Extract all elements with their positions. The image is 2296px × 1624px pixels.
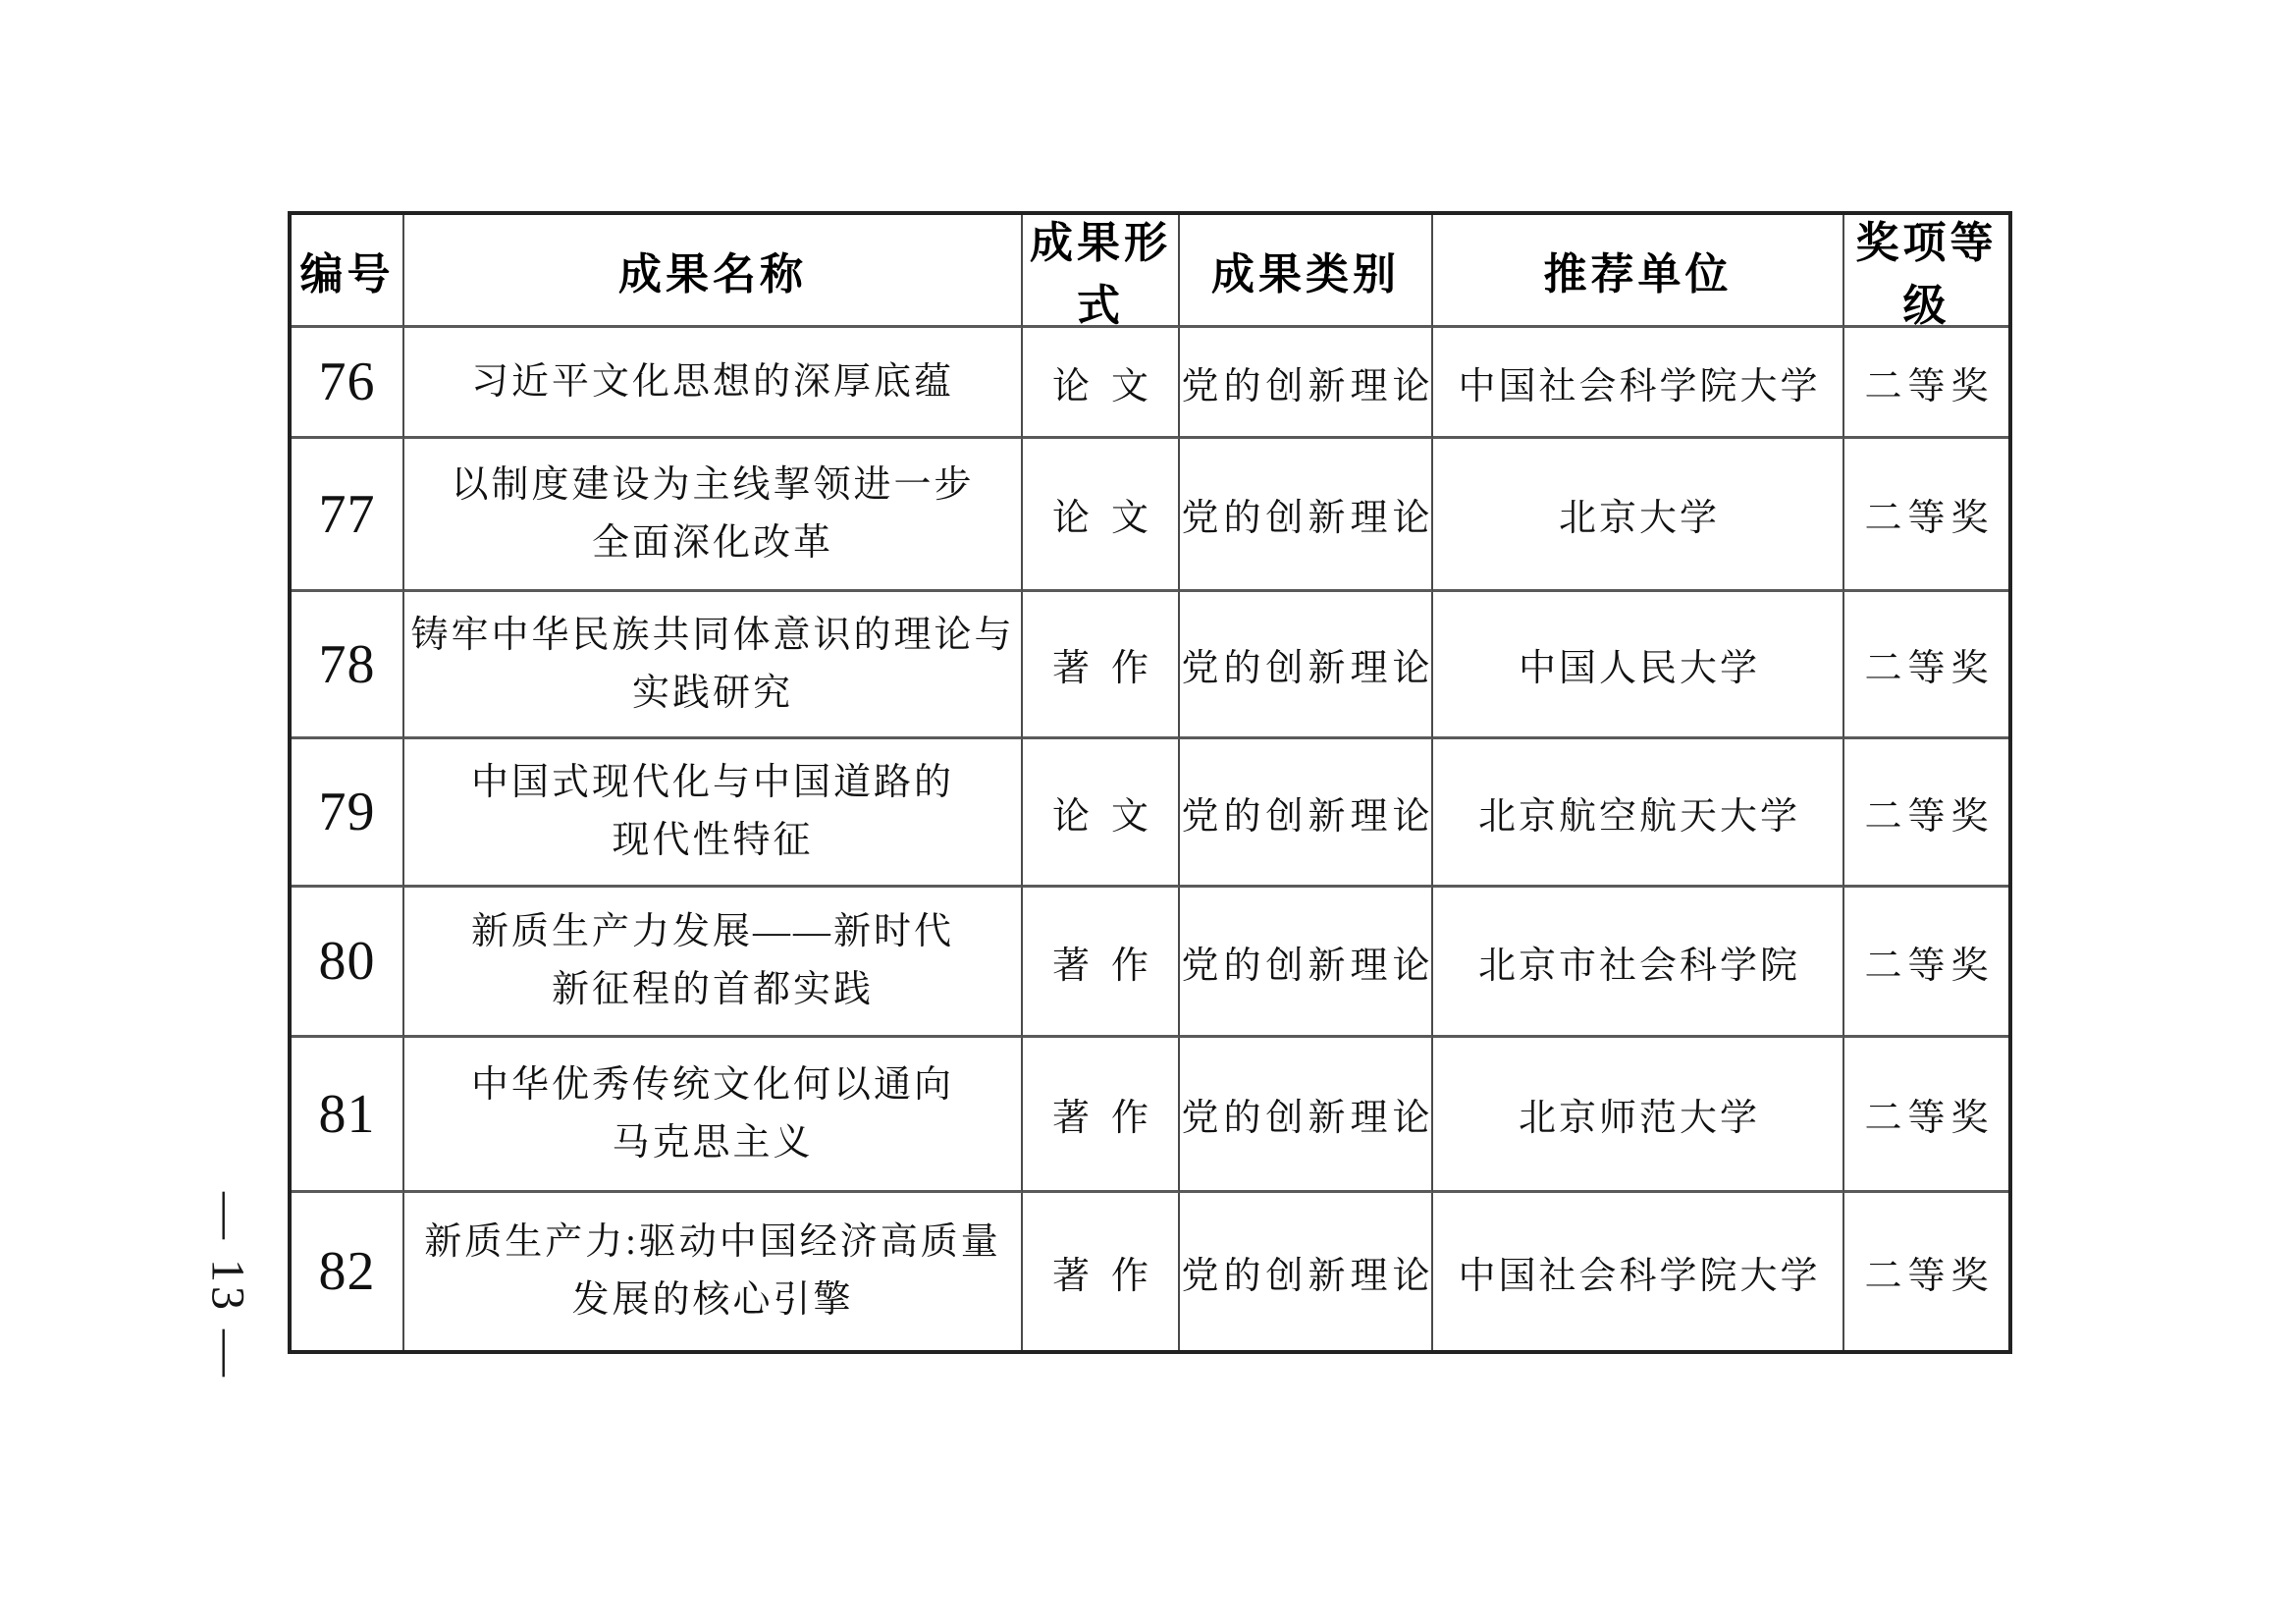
row-82-id: 82 [292,1193,404,1350]
col-header-id: 编号 [292,215,404,328]
form-text: 论文 [1052,355,1170,409]
page-number: — 13 — [201,1192,255,1380]
name-line: 以制度建设为主线挈领进一步 [451,457,974,514]
name-line: 马克思主义 [612,1114,813,1172]
row-82-name: 新质生产力:驱动中国经济高质量 发展的核心引擎 [404,1193,1023,1350]
category-text: 党的创新理论 [1181,935,1433,989]
awards-table: 编号 成果名称 成果形式 成果类别 推荐单位 奖项等级 76 习近平文化思想的深… [288,211,2012,1354]
row-82-unit: 中国社会科学院大学 [1433,1193,1844,1350]
row-79-award: 二等奖 [1844,739,2008,888]
row-78-form: 著作 [1023,592,1180,739]
category-text: 党的创新理论 [1181,785,1433,839]
row-81-name: 中华优秀传统文化何以通向 马克思主义 [404,1038,1023,1193]
row-79-form: 论文 [1023,739,1180,888]
row-76-unit: 中国社会科学院大学 [1433,328,1844,439]
row-82-award: 二等奖 [1844,1193,2008,1350]
row-81-form: 著作 [1023,1038,1180,1193]
unit-text: 北京大学 [1559,487,1720,541]
row-81-award: 二等奖 [1844,1038,2008,1193]
row-80-form: 著作 [1023,888,1180,1038]
unit-text: 北京师范大学 [1519,1087,1760,1141]
col-header-unit: 推荐单位 [1433,215,1844,328]
col-header-award: 奖项等级 [1844,215,2008,328]
unit-text: 北京市社会科学院 [1478,935,1800,989]
name-line: 新质生产力:驱动中国经济高质量 [424,1214,1001,1272]
award-text: 二等奖 [1864,785,1994,839]
row-78-category: 党的创新理论 [1180,592,1433,739]
name-line: 现代性特征 [612,812,813,870]
row-80-award: 二等奖 [1844,888,2008,1038]
row-76-category: 党的创新理论 [1180,328,1433,439]
row-76-form: 论文 [1023,328,1180,439]
row-77-category: 党的创新理论 [1180,439,1433,592]
unit-text: 北京航空航天大学 [1478,785,1800,839]
form-text: 著作 [1052,935,1170,989]
row-77-id: 77 [292,439,404,592]
form-text: 论文 [1052,487,1170,541]
category-text: 党的创新理论 [1181,1245,1433,1299]
row-80-category: 党的创新理论 [1180,888,1433,1038]
name-line: 中国式现代化与中国道路的 [471,754,954,812]
row-77-unit: 北京大学 [1433,439,1844,592]
name-line: 新征程的首都实践 [552,961,874,1019]
row-81-unit: 北京师范大学 [1433,1038,1844,1193]
category-text: 党的创新理论 [1181,637,1433,691]
award-text: 二等奖 [1864,1087,1994,1141]
row-76-award: 二等奖 [1844,328,2008,439]
row-80-unit: 北京市社会科学院 [1433,888,1844,1038]
row-79-name: 中国式现代化与中国道路的 现代性特征 [404,739,1023,888]
unit-text: 中国人民大学 [1519,637,1760,691]
col-header-form: 成果形式 [1023,215,1180,328]
category-text: 党的创新理论 [1181,487,1433,541]
row-78-award: 二等奖 [1844,592,2008,739]
name-line: 实践研究 [632,665,793,723]
row-76-id: 76 [292,328,404,439]
row-78-unit: 中国人民大学 [1433,592,1844,739]
award-text: 二等奖 [1864,355,1994,409]
award-text: 二等奖 [1864,487,1994,541]
row-82-category: 党的创新理论 [1180,1193,1433,1350]
document-page: — 13 — 编号 成果名称 成果形式 成果类别 推荐单位 奖项等级 76 习近… [0,0,2296,1624]
name-line: 铸牢中华民族共同体意识的理论与 [410,607,1014,665]
col-header-category: 成果类别 [1180,215,1433,328]
row-79-unit: 北京航空航天大学 [1433,739,1844,888]
row-79-id: 79 [292,739,404,888]
award-text: 二等奖 [1864,1245,1994,1299]
unit-text: 中国社会科学院大学 [1458,1245,1820,1299]
name-line: 习近平文化思想的深厚底蕴 [471,353,954,411]
row-77-award: 二等奖 [1844,439,2008,592]
award-text: 二等奖 [1864,637,1994,691]
row-81-id: 81 [292,1038,404,1193]
row-79-category: 党的创新理论 [1180,739,1433,888]
category-text: 党的创新理论 [1181,1087,1433,1141]
name-line: 发展的核心引擎 [571,1272,853,1329]
row-77-form: 论文 [1023,439,1180,592]
row-80-id: 80 [292,888,404,1038]
row-80-name: 新质生产力发展——新时代 新征程的首都实践 [404,888,1023,1038]
name-line: 中华优秀传统文化何以通向 [471,1056,954,1114]
row-82-form: 著作 [1023,1193,1180,1350]
form-text: 论文 [1052,785,1170,839]
name-line: 全面深化改革 [592,514,833,572]
form-text: 著作 [1052,637,1170,691]
row-78-name: 铸牢中华民族共同体意识的理论与 实践研究 [404,592,1023,739]
row-81-category: 党的创新理论 [1180,1038,1433,1193]
form-text: 著作 [1052,1245,1170,1299]
unit-text: 中国社会科学院大学 [1458,355,1820,409]
col-header-name: 成果名称 [404,215,1023,328]
row-77-name: 以制度建设为主线挈领进一步 全面深化改革 [404,439,1023,592]
row-76-name: 习近平文化思想的深厚底蕴 [404,328,1023,439]
row-78-id: 78 [292,592,404,739]
form-text: 著作 [1052,1087,1170,1141]
category-text: 党的创新理论 [1181,355,1433,409]
award-text: 二等奖 [1864,935,1994,989]
name-line: 新质生产力发展——新时代 [471,903,954,961]
